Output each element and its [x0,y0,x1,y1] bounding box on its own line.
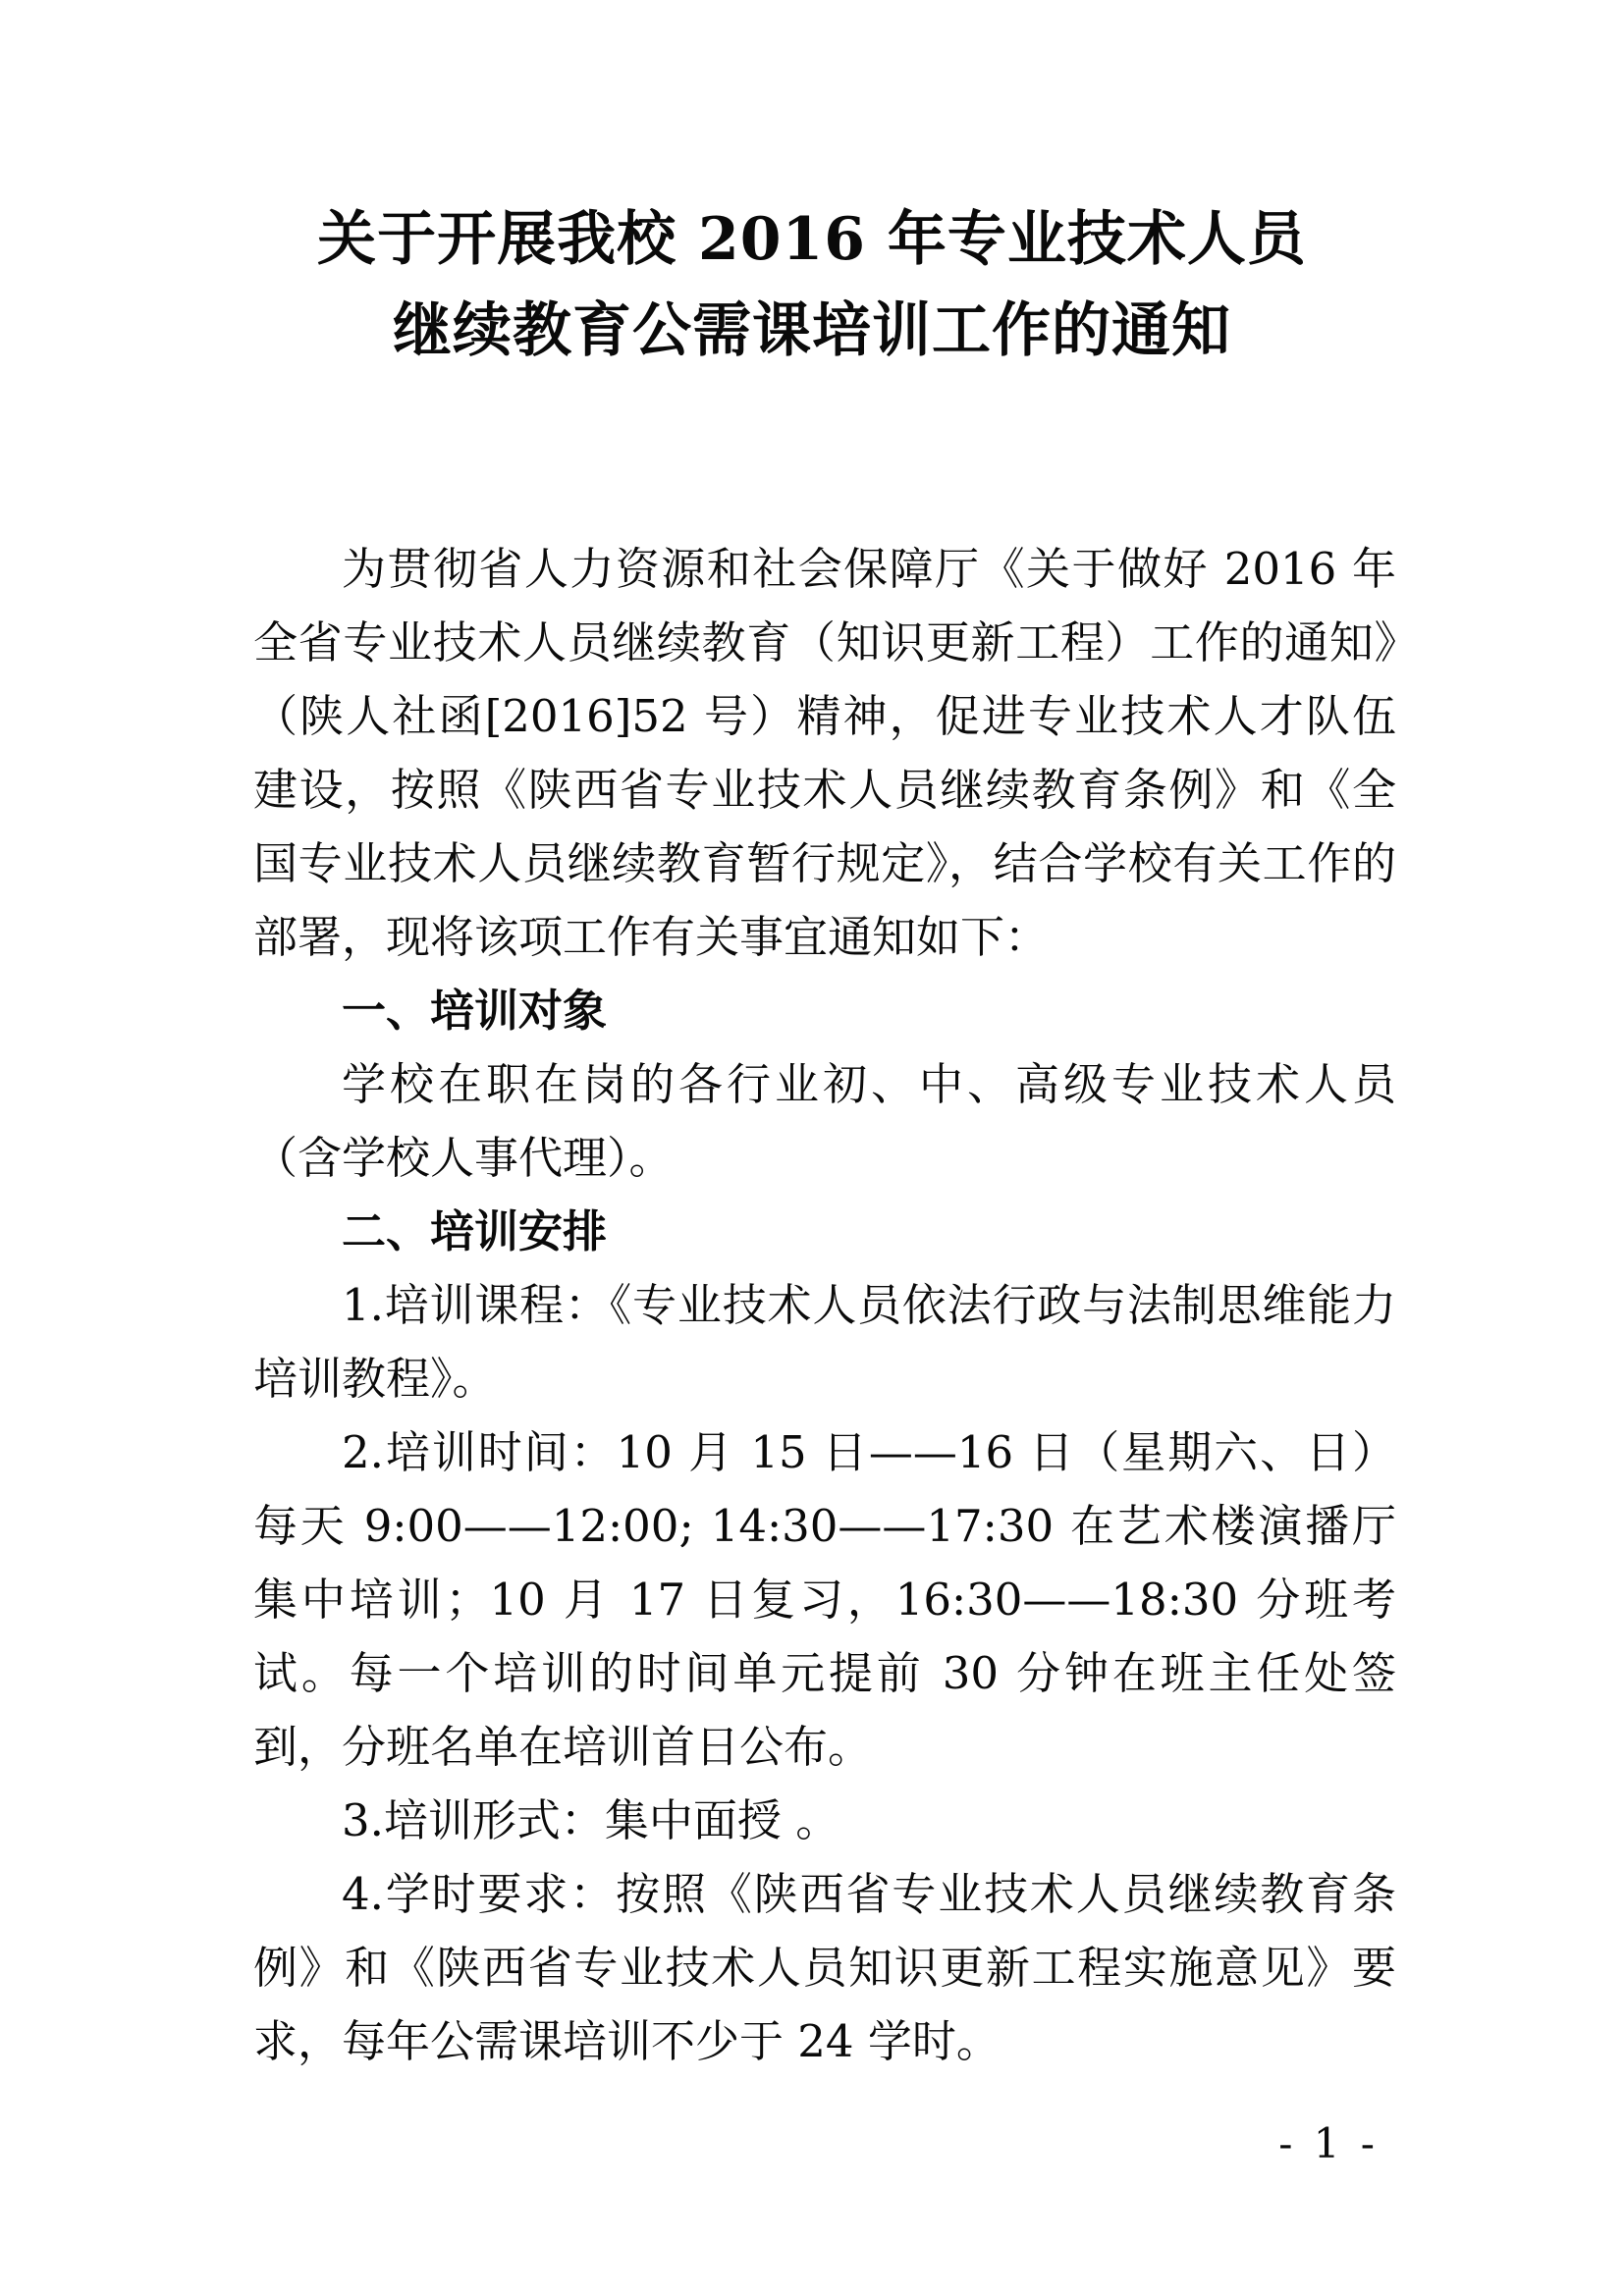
section-heading-training-arrangement: 二、培训安排 [253,1195,1396,1268]
intro-paragraph: 为贯彻省人力资源和社会保障厅《关于做好 2016 年全省专业技术人员继续教育（知… [253,532,1396,974]
training-format-item: 3.培训形式：集中面授 。 [253,1784,1396,1857]
credit-hours-item: 4.学时要求：按照《陕西省专业技术人员继续教育条例》和《陕西省专业技术人员知识更… [253,1857,1396,2078]
notice-document-page: 关于开展我校 2016 年专业技术人员 继续教育公需课培训工作的通知 为贯彻省人… [0,0,1624,2296]
training-target-paragraph: 学校在职在岗的各行业初、中、高级专业技术人员（含学校人事代理）。 [253,1047,1396,1195]
section-heading-training-target: 一、培训对象 [253,974,1396,1047]
document-title-line-1: 关于开展我校 2016 年专业技术人员 [0,194,1624,286]
training-time-item: 2.培训时间：10 月 15 日——16 日（星期六、日）每天 9:00——12… [253,1415,1396,1784]
document-title: 关于开展我校 2016 年专业技术人员 继续教育公需课培训工作的通知 [0,194,1624,377]
page-number: - 1 - [1278,2118,1379,2169]
document-body: 为贯彻省人力资源和社会保障厅《关于做好 2016 年全省专业技术人员继续教育（知… [253,532,1396,2078]
training-course-item: 1.培训课程：《专业技术人员依法行政与法制思维能力培训教程》。 [253,1268,1396,1415]
document-title-line-2: 继续教育公需课培训工作的通知 [0,286,1624,377]
